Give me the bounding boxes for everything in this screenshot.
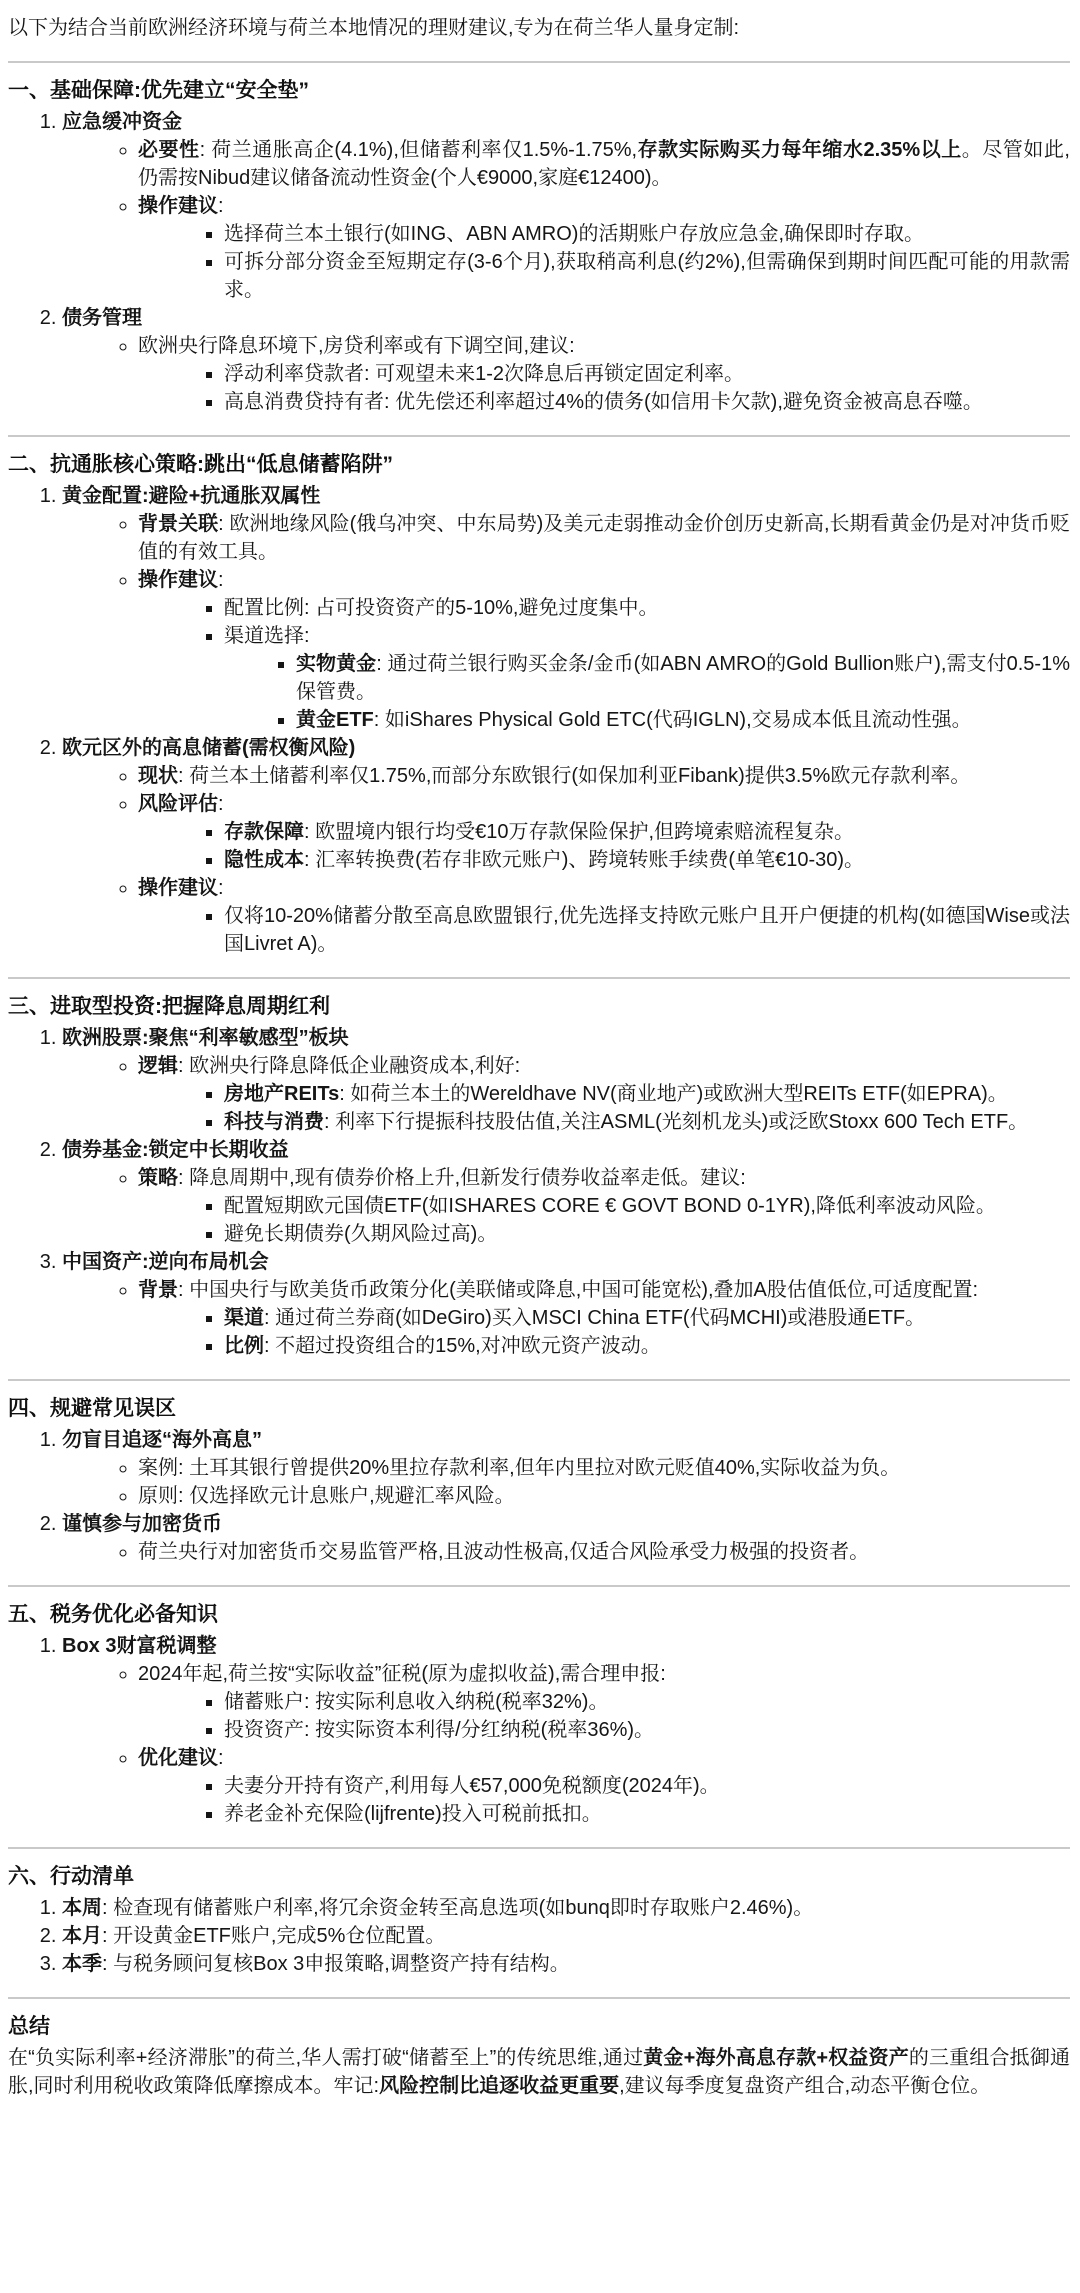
ordered-list: 黄金配置:避险+抗通胀双属性背景关联: 欧洲地缘风险(俄乌冲突、中东局势)及美元… [8, 482, 1070, 958]
list-item: 欧洲股票:聚焦“利率敏感型”板块逻辑: 欧洲央行降息降低企业融资成本,利好:房地… [62, 1024, 1070, 1136]
text-run: 科技与消费 [224, 1111, 324, 1133]
text-run: 本季 [62, 1953, 102, 1975]
text-run: 策略 [138, 1167, 178, 1189]
list-item: 比例: 不超过投资组合的15%,对冲欧元资产波动。 [224, 1332, 1070, 1360]
ordered-list: 本周: 检查现有储蓄账户利率,将冗余资金转至高息选项(如bunq即时存取账户2.… [8, 1894, 1070, 1978]
section-title: 行动清单 [50, 1865, 134, 1888]
text-run: 浮动利率贷款者: 可观望未来1-2次降息后再锁定固定利率。 [224, 363, 744, 385]
text-run: 债券基金:锁定中长期收益 [62, 1139, 289, 1161]
list-item: 渠道: 通过荷兰券商(如DeGiro)买入MSCI China ETF(代码MC… [224, 1304, 1070, 1332]
text-run: 养老金补充保险(lijfrente)投入可税前抵扣。 [224, 1803, 602, 1825]
list-item: 浮动利率贷款者: 可观望未来1-2次降息后再锁定固定利率。 [224, 360, 1070, 388]
text-run: 存款实际购买力每年缩水2.35%以上 [637, 139, 962, 161]
text-run: 在“负实际利率+经济滞胀”的荷兰,华人需打破“储蓄至上”的传统思维,通过 [8, 2047, 643, 2069]
text-run: 欧元区外的高息储蓄(需权衡风险) [62, 737, 355, 759]
section-title: 规避常见误区 [50, 1397, 176, 1420]
text-run: 储蓄账户: 按实际利息收入纳税(税率32%)。 [224, 1691, 608, 1713]
text-run: 比例 [224, 1335, 264, 1357]
section-number: 四、 [8, 1397, 50, 1420]
list-item: 操作建议:仅将10-20%储蓄分散至高息欧盟银行,优先选择支持欧元账户且开户便捷… [138, 874, 1070, 958]
text-run: : 通过荷兰券商(如DeGiro)买入MSCI China ETF(代码MCHI… [264, 1307, 925, 1329]
list-item: 配置短期欧元国债ETF(如ISHARES CORE € GOVT BOND 0-… [224, 1192, 1070, 1220]
text-run: : 汇率转换费(若存非欧元账户)、跨境转账手续费(单笔€10-30)。 [304, 849, 864, 871]
bullet-list: 配置短期欧元国债ETF(如ISHARES CORE € GOVT BOND 0-… [138, 1192, 1070, 1248]
text-run: 配置短期欧元国债ETF(如ISHARES CORE € GOVT BOND 0-… [224, 1195, 996, 1217]
text-run: 高息消费贷持有者: 优先偿还利率超过4%的债务(如信用卡欠款),避免资金被高息吞… [224, 391, 983, 413]
list-item: 本月: 开设黄金ETF账户,完成5%仓位配置。 [62, 1922, 1070, 1950]
intro-paragraph: 以下为结合当前欧洲经济环境与荷兰本地情况的理财建议,专为在荷兰华人量身定制: [8, 14, 1070, 42]
text-run: 荷兰央行对加密货币交易监管严格,且波动性极高,仅适合风险承受力极强的投资者。 [138, 1541, 869, 1563]
text-run: 本月 [62, 1925, 102, 1947]
bullet-list: 欧洲央行降息环境下,房贷利率或有下调空间,建议:浮动利率贷款者: 可观望未来1-… [62, 332, 1070, 416]
text-run: 债务管理 [62, 307, 142, 329]
text-run: 案例: 土耳其银行曾提供20%里拉存款利率,但年内里拉对欧元贬值40%,实际收益… [138, 1457, 900, 1479]
text-run: : 检查现有储蓄账户利率,将冗余资金转至高息选项(如bunq即时存取账户2.46… [102, 1897, 813, 1919]
list-item: Box 3财富税调整2024年起,荷兰按“实际收益”征税(原为虚拟收益),需合理… [62, 1632, 1070, 1828]
ordered-list: 应急缓冲资金必要性: 荷兰通胀高企(4.1%),但储蓄利率仅1.5%-1.75%… [8, 108, 1070, 416]
bullet-list: 配置比例: 占可投资资产的5-10%,避免过度集中。渠道选择:实物黄金: 通过荷… [138, 594, 1070, 734]
section-heading: 六、行动清单 [8, 1862, 1070, 1892]
text-run: 背景 [138, 1279, 178, 1301]
list-item: 债务管理欧洲央行降息环境下,房贷利率或有下调空间,建议:浮动利率贷款者: 可观望… [62, 304, 1070, 416]
section-title: 进取型投资:把握降息周期红利 [50, 995, 330, 1018]
text-run: 实物黄金 [296, 653, 376, 675]
list-item: 夫妻分开持有资产,利用每人€57,000免税额度(2024年)。 [224, 1772, 1070, 1800]
text-run: : [218, 877, 224, 899]
list-item: 黄金ETF: 如iShares Physical Gold ETC(代码IGLN… [296, 706, 1070, 734]
text-run: 欧洲央行降息环境下,房贷利率或有下调空间,建议: [138, 335, 575, 357]
bullet-list: 逻辑: 欧洲央行降息降低企业融资成本,利好:房地产REITs: 如荷兰本土的We… [62, 1052, 1070, 1136]
list-item: 操作建议:配置比例: 占可投资资产的5-10%,避免过度集中。渠道选择:实物黄金… [138, 566, 1070, 734]
section-heading: 五、税务优化必备知识 [8, 1600, 1070, 1630]
list-item: 欧元区外的高息储蓄(需权衡风险)现状: 荷兰本土储蓄利率仅1.75%,而部分东欧… [62, 734, 1070, 958]
text-run: 背景关联 [138, 513, 218, 535]
text-run: 渠道 [224, 1307, 264, 1329]
divider [8, 1379, 1070, 1381]
list-item: 债券基金:锁定中长期收益策略: 降息周期中,现有债券价格上升,但新发行债券收益率… [62, 1136, 1070, 1248]
list-item: 现状: 荷兰本土储蓄利率仅1.75%,而部分东欧银行(如保加利亚Fibank)提… [138, 762, 1070, 790]
text-run: 本周 [62, 1897, 102, 1919]
list-item: 风险评估:存款保障: 欧盟境内银行均受€10万存款保险保护,但跨境索赔流程复杂。… [138, 790, 1070, 874]
bullet-list: 2024年起,荷兰按“实际收益”征税(原为虚拟收益),需合理申报:储蓄账户: 按… [62, 1660, 1070, 1828]
text-run: : 欧洲地缘风险(俄乌冲突、中东局势)及美元走弱推动金价创历史新高,长期看黄金仍… [138, 513, 1070, 563]
section-heading: 二、抗通胀核心策略:跳出“低息储蓄陷阱” [8, 450, 1070, 480]
text-run: 仅将10-20%储蓄分散至高息欧盟银行,优先选择支持欧元账户且开户便捷的机构(如… [224, 905, 1070, 955]
text-run: 现状 [138, 765, 178, 787]
section-heading: 三、进取型投资:把握降息周期红利 [8, 992, 1070, 1022]
list-item: 高息消费贷持有者: 优先偿还利率超过4%的债务(如信用卡欠款),避免资金被高息吞… [224, 388, 1070, 416]
text-run: 配置比例: 占可投资资产的5-10%,避免过度集中。 [224, 597, 658, 619]
text-run: : 如荷兰本土的Wereldhave NV(商业地产)或欧洲大型REITs ET… [339, 1083, 1008, 1105]
text-run: : 降息周期中,现有债券价格上升,但新发行债券收益率走低。建议: [178, 1167, 746, 1189]
sections-container: 一、基础保障:优先建立“安全垫”应急缓冲资金必要性: 荷兰通胀高企(4.1%),… [8, 61, 1070, 2100]
text-run: : 荷兰本土储蓄利率仅1.75%,而部分东欧银行(如保加利亚Fibank)提供3… [178, 765, 970, 787]
divider [8, 1847, 1070, 1849]
text-run: : 中国央行与欧美货币政策分化(美联储或降息,中国可能宽松),叠加A股估值低位,… [178, 1279, 978, 1301]
list-item: 可拆分部分资金至短期定存(3-6个月),获取稍高利息(约2%),但需确保到期时间… [224, 248, 1070, 304]
text-run: 勿盲目追逐“海外高息” [62, 1429, 262, 1451]
section-title: 税务优化必备知识 [50, 1603, 218, 1626]
text-run: : [218, 1747, 224, 1769]
list-item: 储蓄账户: 按实际利息收入纳税(税率32%)。 [224, 1688, 1070, 1716]
section-title: 抗通胀核心策略:跳出“低息储蓄陷阱” [50, 453, 393, 476]
text-run: : 与税务顾问复核Box 3申报策略,调整资产持有结构。 [102, 1953, 570, 1975]
text-run: 避免长期债券(久期风险过高)。 [224, 1223, 497, 1245]
list-item: 背景: 中国央行与欧美货币政策分化(美联储或降息,中国可能宽松),叠加A股估值低… [138, 1276, 1070, 1360]
bullet-list: 储蓄账户: 按实际利息收入纳税(税率32%)。投资资产: 按实际资本利得/分红纳… [138, 1688, 1070, 1744]
list-item: 避免长期债券(久期风险过高)。 [224, 1220, 1070, 1248]
list-item: 科技与消费: 利率下行提振科技股估值,关注ASML(光刻机龙头)或泛欧Stoxx… [224, 1108, 1070, 1136]
text-run: 欧洲股票:聚焦“利率敏感型”板块 [62, 1027, 349, 1049]
text-run: 操作建议 [138, 569, 218, 591]
text-run: Box 3财富税调整 [62, 1635, 216, 1657]
bullet-list: 实物黄金: 通过荷兰银行购买金条/金币(如ABN AMRO的Gold Bulli… [224, 650, 1070, 734]
list-item: 存款保障: 欧盟境内银行均受€10万存款保险保护,但跨境索赔流程复杂。 [224, 818, 1070, 846]
bullet-list: 必要性: 荷兰通胀高企(4.1%),但储蓄利率仅1.5%-1.75%,存款实际购… [62, 136, 1070, 304]
bullet-list: 仅将10-20%储蓄分散至高息欧盟银行,优先选择支持欧元账户且开户便捷的机构(如… [138, 902, 1070, 958]
section-number: 五、 [8, 1603, 50, 1626]
text-run: : [218, 569, 224, 591]
list-item: 案例: 土耳其银行曾提供20%里拉存款利率,但年内里拉对欧元贬值40%,实际收益… [138, 1454, 1070, 1482]
ordered-list: Box 3财富税调整2024年起,荷兰按“实际收益”征税(原为虚拟收益),需合理… [8, 1632, 1070, 1828]
list-item: 房地产REITs: 如荷兰本土的Wereldhave NV(商业地产)或欧洲大型… [224, 1080, 1070, 1108]
list-item: 操作建议:选择荷兰本土银行(如ING、ABN AMRO)的活期账户存放应急金,确… [138, 192, 1070, 304]
text-run: : 通过荷兰银行购买金条/金币(如ABN AMRO的Gold Bullion账户… [296, 653, 1070, 703]
list-item: 仅将10-20%储蓄分散至高息欧盟银行,优先选择支持欧元账户且开户便捷的机构(如… [224, 902, 1070, 958]
list-item: 中国资产:逆向布局机会背景: 中国央行与欧美货币政策分化(美联储或降息,中国可能… [62, 1248, 1070, 1360]
bullet-list: 存款保障: 欧盟境内银行均受€10万存款保险保护,但跨境索赔流程复杂。隐性成本:… [138, 818, 1070, 874]
text-run: 风险控制比追逐收益更重要 [379, 2075, 619, 2097]
text-run: : 荷兰通胀高企(4.1%),但储蓄利率仅1.5%-1.75%, [200, 139, 638, 161]
bullet-list: 房地产REITs: 如荷兰本土的Wereldhave NV(商业地产)或欧洲大型… [138, 1080, 1070, 1136]
financial-advice-document: 以下为结合当前欧洲经济环境与荷兰本地情况的理财建议,专为在荷兰华人量身定制: 一… [0, 0, 1080, 2293]
section-title: 基础保障:优先建立“安全垫” [50, 79, 309, 102]
text-run: 应急缓冲资金 [62, 111, 182, 133]
section-number: 六、 [8, 1865, 50, 1888]
text-run: 原则: 仅选择欧元计息账户,规避汇率风险。 [138, 1485, 515, 1507]
list-item: 渠道选择:实物黄金: 通过荷兰银行购买金条/金币(如ABN AMRO的Gold … [224, 622, 1070, 734]
ordered-list: 欧洲股票:聚焦“利率敏感型”板块逻辑: 欧洲央行降息降低企业融资成本,利好:房地… [8, 1024, 1070, 1360]
divider [8, 435, 1070, 437]
list-item: 必要性: 荷兰通胀高企(4.1%),但储蓄利率仅1.5%-1.75%,存款实际购… [138, 136, 1070, 192]
list-item: 背景关联: 欧洲地缘风险(俄乌冲突、中东局势)及美元走弱推动金价创历史新高,长期… [138, 510, 1070, 566]
text-run: 黄金配置:避险+抗通胀双属性 [62, 485, 320, 507]
text-run: : 不超过投资组合的15%,对冲欧元资产波动。 [264, 1335, 661, 1357]
text-run: : 欧洲央行降息降低企业融资成本,利好: [178, 1055, 520, 1077]
divider [8, 977, 1070, 979]
text-run: : 如iShares Physical Gold ETC(代码IGLN),交易成… [374, 709, 972, 731]
divider [8, 1997, 1070, 1999]
list-item: 策略: 降息周期中,现有债券价格上升,但新发行债券收益率走低。建议:配置短期欧元… [138, 1164, 1070, 1248]
bullet-list: 渠道: 通过荷兰券商(如DeGiro)买入MSCI China ETF(代码MC… [138, 1304, 1070, 1360]
list-item: 配置比例: 占可投资资产的5-10%,避免过度集中。 [224, 594, 1070, 622]
list-item: 养老金补充保险(lijfrente)投入可税前抵扣。 [224, 1800, 1070, 1828]
list-item: 应急缓冲资金必要性: 荷兰通胀高企(4.1%),但储蓄利率仅1.5%-1.75%… [62, 108, 1070, 304]
list-item: 2024年起,荷兰按“实际收益”征税(原为虚拟收益),需合理申报:储蓄账户: 按… [138, 1660, 1070, 1744]
text-run: 中国资产:逆向布局机会 [62, 1251, 269, 1273]
list-item: 本周: 检查现有储蓄账户利率,将冗余资金转至高息选项(如bunq即时存取账户2.… [62, 1894, 1070, 1922]
bullet-list: 现状: 荷兰本土储蓄利率仅1.75%,而部分东欧银行(如保加利亚Fibank)提… [62, 762, 1070, 958]
text-run: 黄金+海外高息存款+权益资产 [643, 2047, 909, 2069]
bullet-list: 浮动利率贷款者: 可观望未来1-2次降息后再锁定固定利率。高息消费贷持有者: 优… [138, 360, 1070, 416]
text-run: ,建议每季度复盘资产组合,动态平衡仓位。 [619, 2075, 990, 2097]
list-item: 勿盲目追逐“海外高息”案例: 土耳其银行曾提供20%里拉存款利率,但年内里拉对欧… [62, 1426, 1070, 1510]
list-item: 逻辑: 欧洲央行降息降低企业融资成本,利好:房地产REITs: 如荷兰本土的We… [138, 1052, 1070, 1136]
list-item: 荷兰央行对加密货币交易监管严格,且波动性极高,仅适合风险承受力极强的投资者。 [138, 1538, 1070, 1566]
bullet-list: 荷兰央行对加密货币交易监管严格,且波动性极高,仅适合风险承受力极强的投资者。 [62, 1538, 1070, 1566]
text-run: 操作建议 [138, 195, 218, 217]
section-heading: 四、规避常见误区 [8, 1394, 1070, 1424]
text-run: : [218, 195, 224, 217]
text-run: : [218, 793, 224, 815]
list-item: 实物黄金: 通过荷兰银行购买金条/金币(如ABN AMRO的Gold Bulli… [296, 650, 1070, 706]
text-run: : 利率下行提振科技股估值,关注ASML(光刻机龙头)或泛欧Stoxx 600 … [324, 1111, 1028, 1133]
text-run: 黄金ETF [296, 709, 374, 731]
divider [8, 1585, 1070, 1587]
section-number: 三、 [8, 995, 50, 1018]
text-run: : 欧盟境内银行均受€10万存款保险保护,但跨境索赔流程复杂。 [304, 821, 854, 843]
bullet-list: 策略: 降息周期中,现有债券价格上升,但新发行债券收益率走低。建议:配置短期欧元… [62, 1164, 1070, 1248]
divider [8, 61, 1070, 63]
list-item: 隐性成本: 汇率转换费(若存非欧元账户)、跨境转账手续费(单笔€10-30)。 [224, 846, 1070, 874]
summary-heading: 总结 [8, 2012, 1070, 2042]
list-item: 优化建议:夫妻分开持有资产,利用每人€57,000免税额度(2024年)。养老金… [138, 1744, 1070, 1828]
list-item: 本季: 与税务顾问复核Box 3申报策略,调整资产持有结构。 [62, 1950, 1070, 1978]
list-item: 投资资产: 按实际资本利得/分红纳税(税率36%)。 [224, 1716, 1070, 1744]
text-run: 逻辑 [138, 1055, 178, 1077]
list-item: 原则: 仅选择欧元计息账户,规避汇率风险。 [138, 1482, 1070, 1510]
bullet-list: 背景: 中国央行与欧美货币政策分化(美联储或降息,中国可能宽松),叠加A股估值低… [62, 1276, 1070, 1360]
text-run: : 开设黄金ETF账户,完成5%仓位配置。 [102, 1925, 445, 1947]
list-item: 谨慎参与加密货币荷兰央行对加密货币交易监管严格,且波动性极高,仅适合风险承受力极… [62, 1510, 1070, 1566]
text-run: 风险评估 [138, 793, 218, 815]
ordered-list: 勿盲目追逐“海外高息”案例: 土耳其银行曾提供20%里拉存款利率,但年内里拉对欧… [8, 1426, 1070, 1566]
text-run: 必要性 [138, 139, 200, 161]
bullet-list: 夫妻分开持有资产,利用每人€57,000免税额度(2024年)。养老金补充保险(… [138, 1772, 1070, 1828]
text-run: 投资资产: 按实际资本利得/分红纳税(税率36%)。 [224, 1719, 654, 1741]
section-heading: 一、基础保障:优先建立“安全垫” [8, 76, 1070, 106]
bullet-list: 案例: 土耳其银行曾提供20%里拉存款利率,但年内里拉对欧元贬值40%,实际收益… [62, 1454, 1070, 1510]
text-run: 房地产REITs [224, 1083, 339, 1105]
text-run: 夫妻分开持有资产,利用每人€57,000免税额度(2024年)。 [224, 1775, 720, 1797]
bullet-list: 选择荷兰本土银行(如ING、ABN AMRO)的活期账户存放应急金,确保即时存取… [138, 220, 1070, 304]
text-run: 可拆分部分资金至短期定存(3-6个月),获取稍高利息(约2%),但需确保到期时间… [224, 251, 1070, 301]
text-run: 谨慎参与加密货币 [62, 1513, 222, 1535]
summary-paragraph: 在“负实际利率+经济滞胀”的荷兰,华人需打破“储蓄至上”的传统思维,通过黄金+海… [8, 2044, 1070, 2100]
text-run: 操作建议 [138, 877, 218, 899]
section-number: 一、 [8, 79, 50, 102]
text-run: 渠道选择: [224, 625, 310, 647]
section-number: 二、 [8, 453, 50, 476]
text-run: 隐性成本 [224, 849, 304, 871]
bullet-list: 背景关联: 欧洲地缘风险(俄乌冲突、中东局势)及美元走弱推动金价创历史新高,长期… [62, 510, 1070, 734]
text-run: 优化建议 [138, 1747, 218, 1769]
list-item: 黄金配置:避险+抗通胀双属性背景关联: 欧洲地缘风险(俄乌冲突、中东局势)及美元… [62, 482, 1070, 734]
text-run: 2024年起,荷兰按“实际收益”征税(原为虚拟收益),需合理申报: [138, 1663, 666, 1685]
list-item: 欧洲央行降息环境下,房贷利率或有下调空间,建议:浮动利率贷款者: 可观望未来1-… [138, 332, 1070, 416]
text-run: 选择荷兰本土银行(如ING、ABN AMRO)的活期账户存放应急金,确保即时存取… [224, 223, 924, 245]
text-run: 存款保障 [224, 821, 304, 843]
list-item: 选择荷兰本土银行(如ING、ABN AMRO)的活期账户存放应急金,确保即时存取… [224, 220, 1070, 248]
